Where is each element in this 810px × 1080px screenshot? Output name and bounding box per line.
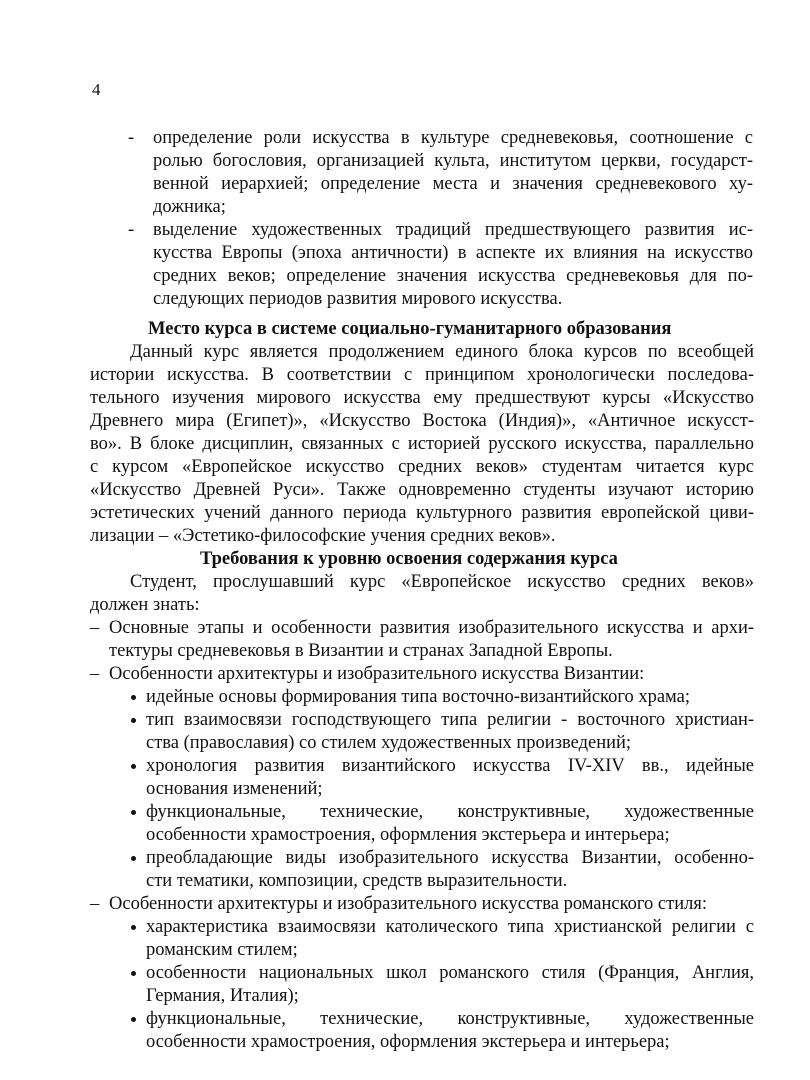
text-line: «Искусство Древней Руси». Также одноврем… xyxy=(90,479,754,502)
text-line: ролью богословия, организацией культа, и… xyxy=(153,150,753,173)
text-line: особенности храмостроения, оформления эк… xyxy=(146,1031,670,1054)
list-marker: – xyxy=(90,663,99,686)
text-line: хронология развития византийского искусс… xyxy=(146,755,754,778)
list-marker: – xyxy=(90,617,99,640)
text-line: тип взаимосвязи господствующего типа рел… xyxy=(146,709,754,732)
text-line: венной иерархией; определение места и зн… xyxy=(153,173,753,196)
text-line: основания изменений; xyxy=(146,778,323,801)
text-line: преобладающие виды изобразительного иску… xyxy=(146,847,754,870)
section-heading: Требования к уровню освоения содержания … xyxy=(200,548,618,571)
text-line: во». В блоке дисциплин, связанных с исто… xyxy=(90,433,754,456)
bullet-icon xyxy=(131,971,136,976)
text-line: Древнего мира (Египет)», «Искусство Вост… xyxy=(90,410,754,433)
text-line: характеристика взаимосвязи католического… xyxy=(146,916,754,939)
list-marker: – xyxy=(90,893,99,916)
text-line: Особенности архитектуры и изобразительно… xyxy=(109,893,707,916)
text-line: с курсом «Европейское искусство средних … xyxy=(90,456,754,479)
text-line: Германия, Италия); xyxy=(146,985,299,1008)
text-line: сти тематики, композиции, средств вырази… xyxy=(146,870,567,893)
text-line: истории искусства. В соответствии с прин… xyxy=(90,364,754,387)
text-line: романским стилем; xyxy=(146,939,298,962)
text-line: средних веков; определение значения иску… xyxy=(153,265,753,288)
text-line: Студент, прослушавший курс «Европейское … xyxy=(130,571,754,594)
text-line: тельного изучения мирового искусства ему… xyxy=(90,387,754,410)
bullet-icon xyxy=(131,695,136,700)
bullet-icon xyxy=(131,925,136,930)
bullet-icon xyxy=(131,856,136,861)
text-line: эстетических учений данного периода куль… xyxy=(90,502,754,525)
text-line: Особенности архитектуры и изобразительно… xyxy=(109,663,644,686)
list-marker: - xyxy=(128,219,134,242)
text-line: выделение художественных традиций предше… xyxy=(153,219,753,242)
bullet-icon xyxy=(131,1017,136,1022)
text-line: тектуры средневековья в Византии и стран… xyxy=(109,640,613,663)
page-number: 4 xyxy=(92,80,101,100)
text-line: Основные этапы и особенности развития из… xyxy=(109,617,754,640)
bullet-icon xyxy=(131,764,136,769)
text-line: ства (православия) со стилем художествен… xyxy=(146,732,631,755)
text-line: следующих периодов развития мирового иск… xyxy=(153,288,562,311)
text-line: лизации – «Эстетико-философские учения с… xyxy=(90,525,555,548)
text-line: должен знать: xyxy=(90,594,200,617)
text-line: особенности национальных школ романского… xyxy=(146,962,754,985)
text-line: особенности храмостроения, оформления эк… xyxy=(146,824,670,847)
text-line: определение роли искусства в культуре ср… xyxy=(153,127,753,150)
text-line: функциональные, технические, конструктив… xyxy=(146,801,754,824)
text-line: Данный курс является продолжением единог… xyxy=(130,341,754,364)
text-line: кусства Европы (эпоха античности) в аспе… xyxy=(153,242,753,265)
text-line: функциональные, технические, конструктив… xyxy=(146,1008,754,1031)
bullet-icon xyxy=(131,810,136,815)
section-heading: Место курса в системе социально-гуманита… xyxy=(148,318,671,341)
text-line: идейные основы формирования типа восточн… xyxy=(146,686,690,709)
text-line: дожника; xyxy=(153,196,226,219)
list-marker: - xyxy=(128,127,134,150)
bullet-icon xyxy=(131,718,136,723)
